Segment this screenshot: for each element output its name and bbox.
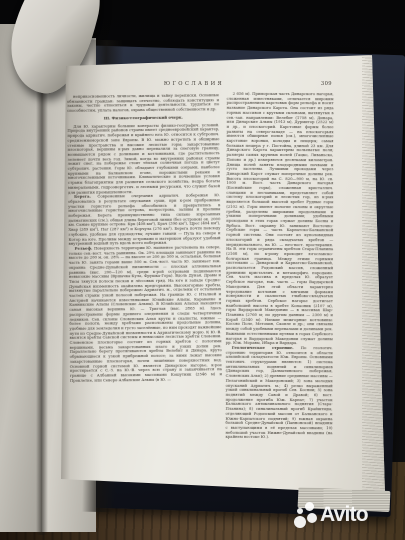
text-column-right: 2 656 м). Приморская часть Динарского на… bbox=[225, 92, 333, 474]
paragraph: 2 656 м). Приморская часть Динарского на… bbox=[226, 92, 334, 346]
page-crease-shadow bbox=[36, 30, 48, 535]
text-column-left: неприкосновенность личности, жилища и та… bbox=[67, 93, 223, 475]
right-page: ЮГОСЛАВИЯ 309 неприкосновенность личност… bbox=[56, 48, 392, 502]
paragraph: Для Ю. характерны большие контрасты физи… bbox=[67, 123, 220, 195]
paragraph: Рельеф. Поверхность территории Ю. наимен… bbox=[69, 245, 222, 383]
running-header: ЮГОСЛАВИЯ 309 bbox=[68, 81, 332, 89]
book-photo-scene: хозяйства страны промышленность и сельск… bbox=[0, 0, 405, 540]
avito-logo-dot-icon bbox=[307, 513, 317, 523]
avito-logo-dot-icon bbox=[294, 516, 306, 528]
page-title: ЮГОСЛАВИЯ bbox=[68, 81, 320, 87]
section-heading: III. Физико-географический очерк. bbox=[71, 116, 215, 122]
avito-logo-dot-icon bbox=[305, 502, 314, 511]
avito-watermark: Avito bbox=[292, 499, 398, 535]
avito-wordmark: Avito bbox=[320, 503, 368, 527]
avito-logo-dot-icon bbox=[297, 508, 303, 514]
paragraph: Геологическое строение. По геологич. стр… bbox=[225, 346, 332, 440]
paragraph: Берега. Современные очертания адриатич. … bbox=[68, 193, 221, 246]
page-number: 309 bbox=[321, 81, 332, 87]
paragraph: неприкосновенность личности, жилища и та… bbox=[67, 93, 219, 113]
